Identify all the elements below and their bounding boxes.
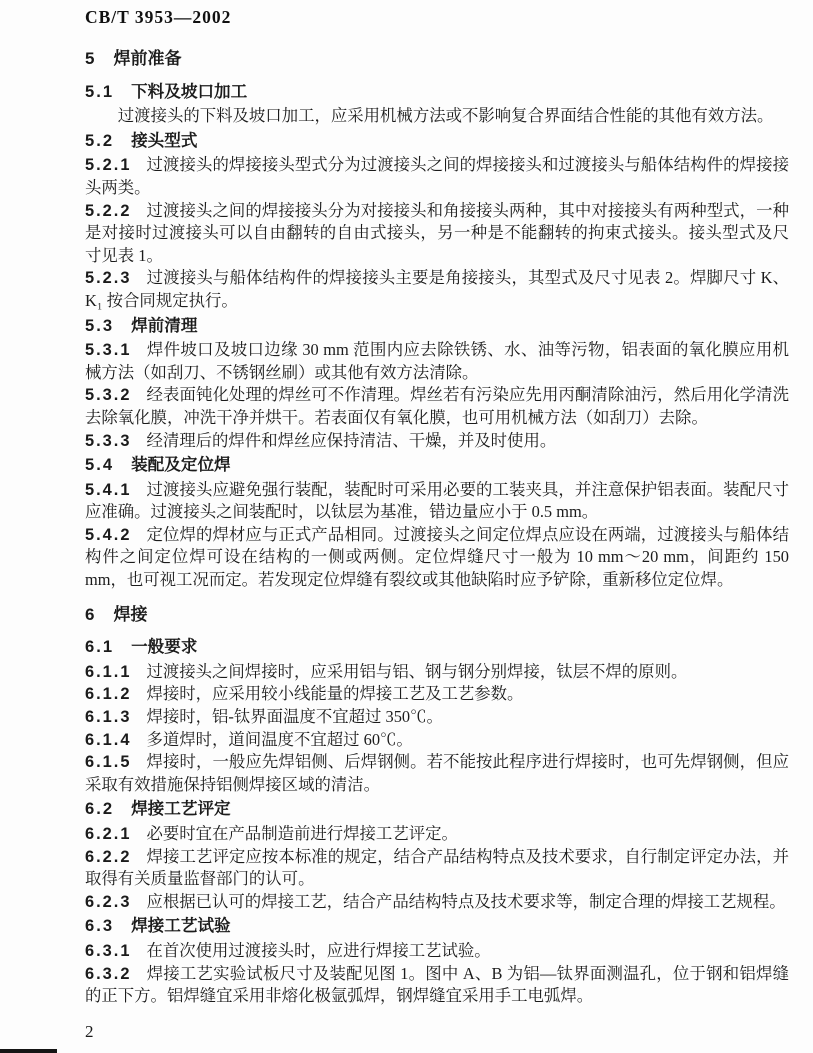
subsection-heading: 6.1一般要求 (85, 636, 789, 659)
clause: 5.2.2过渡接头之间的焊接接头分为对接接头和角接接头两种，其中对接接头有两种型… (85, 200, 789, 268)
clause-number: 5.2.3 (85, 269, 131, 287)
clause-number: 6.1.1 (85, 663, 131, 681)
heading-text: 焊接工艺试验 (131, 916, 231, 935)
heading-text: 焊接工艺评定 (131, 799, 231, 818)
clause-text: 过渡接头的焊接接头型式分为过渡接头之间的焊接接头和过渡接头与船体结构件的焊接接头… (85, 155, 789, 197)
clause-number: 6.3.2 (85, 965, 131, 983)
clause: 5.3.3经清理后的焊件和焊丝应保持清洁、干燥，并及时使用。 (85, 430, 789, 453)
clause-number: 6.2.3 (85, 893, 131, 911)
clause: 6.1.4多道焊时，道间温度不宜超过 60℃。 (85, 729, 789, 752)
clause-text: 过渡接头的下料及坡口加工，应采用机械方法或不影响复合界面结合性能的其他有效方法。 (118, 106, 774, 125)
clause-number: 6.1.4 (85, 731, 131, 749)
clause-text: 过渡接头之间的焊接接头分为对接接头和角接接头两种，其中对接接头有两种型式，一种是… (85, 201, 789, 265)
clause-number: 6.2 (85, 799, 114, 818)
clause-text: 焊接工艺实验试板尺寸及装配见图 1。图中 A、B 为铝—钛界面测温孔，位于钢和铝… (85, 964, 789, 1006)
clause: 5.3.1焊件坡口及坡口边缘 30 mm 范围内应去除铁锈、水、油等污物，铝表面… (85, 339, 789, 384)
scan-artifact-bar (0, 1049, 57, 1053)
heading-text: 焊前准备 (113, 49, 181, 68)
heading-text: 接头型式 (131, 131, 197, 150)
heading-text: 装配及定位焊 (131, 455, 231, 474)
paragraph: 过渡接头的下料及坡口加工，应采用机械方法或不影响复合界面结合性能的其他有效方法。 (85, 105, 789, 128)
clause-text: 经表面钝化处理的焊丝可不作清理。焊丝若有污染应先用丙酮清除油污，然后用化学清洗去… (85, 385, 789, 427)
clause: 6.2.2焊接工艺评定应按本标准的规定，结合产品结构特点及技术要求，自行制定评定… (85, 846, 789, 891)
clause-text: 焊接时，应采用较小线能量的焊接工艺及工艺参数。 (146, 684, 523, 703)
clause-number: 5.2.1 (85, 156, 131, 174)
section-heading: 6焊接 (85, 604, 789, 627)
document-body: 5焊前准备5.1下料及坡口加工过渡接头的下料及坡口加工，应采用机械方法或不影响复… (85, 36, 789, 1008)
clause-text: 在首次使用过渡接头时，应进行焊接工艺试验。 (146, 941, 490, 960)
clause-number: 5.3.2 (85, 386, 131, 404)
clause-number: 5.4 (85, 455, 114, 474)
clause-number: 6 (85, 605, 96, 624)
clause-text: 应根据已认可的焊接工艺，结合产品结构特点及技术要求等，制定合理的焊接工艺规程。 (146, 892, 785, 911)
clause-text: 焊件坡口及坡口边缘 30 mm 范围内应去除铁锈、水、油等污物，铝表面的氧化膜应… (85, 340, 789, 382)
clause: 5.2.3过渡接头与船体结构件的焊接接头主要是角接接头，其型式及尺寸见表 2。焊… (85, 267, 789, 312)
clause-text: 过渡接头之间焊接时，应采用铝与铝、钢与钢分别焊接，钛层不焊的原则。 (146, 662, 687, 681)
heading-text: 一般要求 (131, 637, 197, 656)
clause-number: 6.1.5 (85, 753, 131, 771)
clause-number: 5.3.1 (85, 341, 131, 359)
clause-number: 5.1 (85, 82, 114, 101)
standard-number-header: CB/T 3953—2002 (85, 7, 231, 28)
heading-text: 下料及坡口加工 (131, 82, 247, 101)
clause-number: 5.2.2 (85, 202, 131, 220)
clause-text: 焊接时，铝-钛界面温度不宜超过 350℃。 (146, 707, 442, 726)
clause: 5.4.2定位焊的焊材应与正式产品相同。过渡接头之间定位焊点应设在两端，过渡接头… (85, 524, 789, 592)
clause: 6.2.1必要时宜在产品制造前进行焊接工艺评定。 (85, 823, 789, 846)
clause: 5.3.2经表面钝化处理的焊丝可不作清理。焊丝若有污染应先用丙酮清除油污，然后用… (85, 384, 789, 429)
clause-text: 定位焊的焊材应与正式产品相同。过渡接头之间定位焊点应设在两端，过渡接头与船体结构… (85, 525, 789, 589)
document-page: CB/T 3953—2002 5焊前准备5.1下料及坡口加工过渡接头的下料及坡口… (0, 0, 813, 1053)
clause-number: 6.3 (85, 916, 114, 935)
section-heading: 5焊前准备 (85, 48, 789, 71)
clause-number: 6.1 (85, 637, 114, 656)
page-number: 2 (85, 1022, 94, 1042)
clause-number: 6.1.3 (85, 708, 131, 726)
clause-number: 5.3.3 (85, 432, 131, 450)
clause-number: 6.1.2 (85, 685, 131, 703)
clause: 6.3.1在首次使用过渡接头时，应进行焊接工艺试验。 (85, 940, 789, 963)
clause-text: 过渡接头应避免强行装配，装配时可采用必要的工装夹具，并注意保护铝表面。装配尺寸应… (85, 480, 789, 522)
clause-text: 过渡接头与船体结构件的焊接接头主要是角接接头，其型式及尺寸见表 2。焊脚尺寸 K… (85, 268, 789, 310)
subsection-heading: 5.3焊前清理 (85, 315, 789, 338)
clause: 5.4.1过渡接头应避免强行装配，装配时可采用必要的工装夹具，并注意保护铝表面。… (85, 479, 789, 524)
clause-text: 多道焊时，道间温度不宜超过 60℃。 (146, 730, 412, 749)
clause-number: 5.4.1 (85, 481, 131, 499)
clause-number: 5 (85, 49, 96, 68)
clause-text: 焊接工艺评定应按本标准的规定，结合产品结构特点及技术要求，自行制定评定办法，并取… (85, 847, 789, 889)
clause: 5.2.1过渡接头的焊接接头型式分为过渡接头之间的焊接接头和过渡接头与船体结构件… (85, 154, 789, 199)
clause-number: 5.2 (85, 131, 114, 150)
clause-number: 6.3.1 (85, 942, 131, 960)
clause-number: 5.3 (85, 316, 114, 335)
subsection-heading: 6.3焊接工艺试验 (85, 915, 789, 938)
clause: 6.1.3焊接时，铝-钛界面温度不宜超过 350℃。 (85, 706, 789, 729)
clause: 6.2.3应根据已认可的焊接工艺，结合产品结构特点及技术要求等，制定合理的焊接工… (85, 891, 789, 914)
clause-text: 焊接时，一般应先焊铝侧、后焊钢侧。若不能按此程序进行焊接时，也可先焊钢侧，但应采… (85, 752, 789, 794)
clause: 6.1.2焊接时，应采用较小线能量的焊接工艺及工艺参数。 (85, 683, 789, 706)
clause-number: 5.4.2 (85, 526, 131, 544)
clause: 6.1.5焊接时，一般应先焊铝侧、后焊钢侧。若不能按此程序进行焊接时，也可先焊钢… (85, 751, 789, 796)
heading-text: 焊前清理 (131, 316, 197, 335)
clause-text: 必要时宜在产品制造前进行焊接工艺评定。 (146, 824, 457, 843)
clause-number: 6.2.1 (85, 825, 131, 843)
clause: 6.1.1过渡接头之间焊接时，应采用铝与铝、钢与钢分别焊接，钛层不焊的原则。 (85, 661, 789, 684)
clause-text: 经清理后的焊件和焊丝应保持清洁、干燥，并及时使用。 (146, 431, 556, 450)
subsection-heading: 6.2焊接工艺评定 (85, 798, 789, 821)
clause-number: 6.2.2 (85, 848, 131, 866)
subsection-heading: 5.2接头型式 (85, 130, 789, 153)
heading-text: 焊接 (113, 605, 147, 624)
subsection-heading: 5.4装配及定位焊 (85, 454, 789, 477)
clause: 6.3.2焊接工艺实验试板尺寸及装配见图 1。图中 A、B 为铝—钛界面测温孔，… (85, 963, 789, 1008)
subsection-heading: 5.1下料及坡口加工 (85, 81, 789, 104)
